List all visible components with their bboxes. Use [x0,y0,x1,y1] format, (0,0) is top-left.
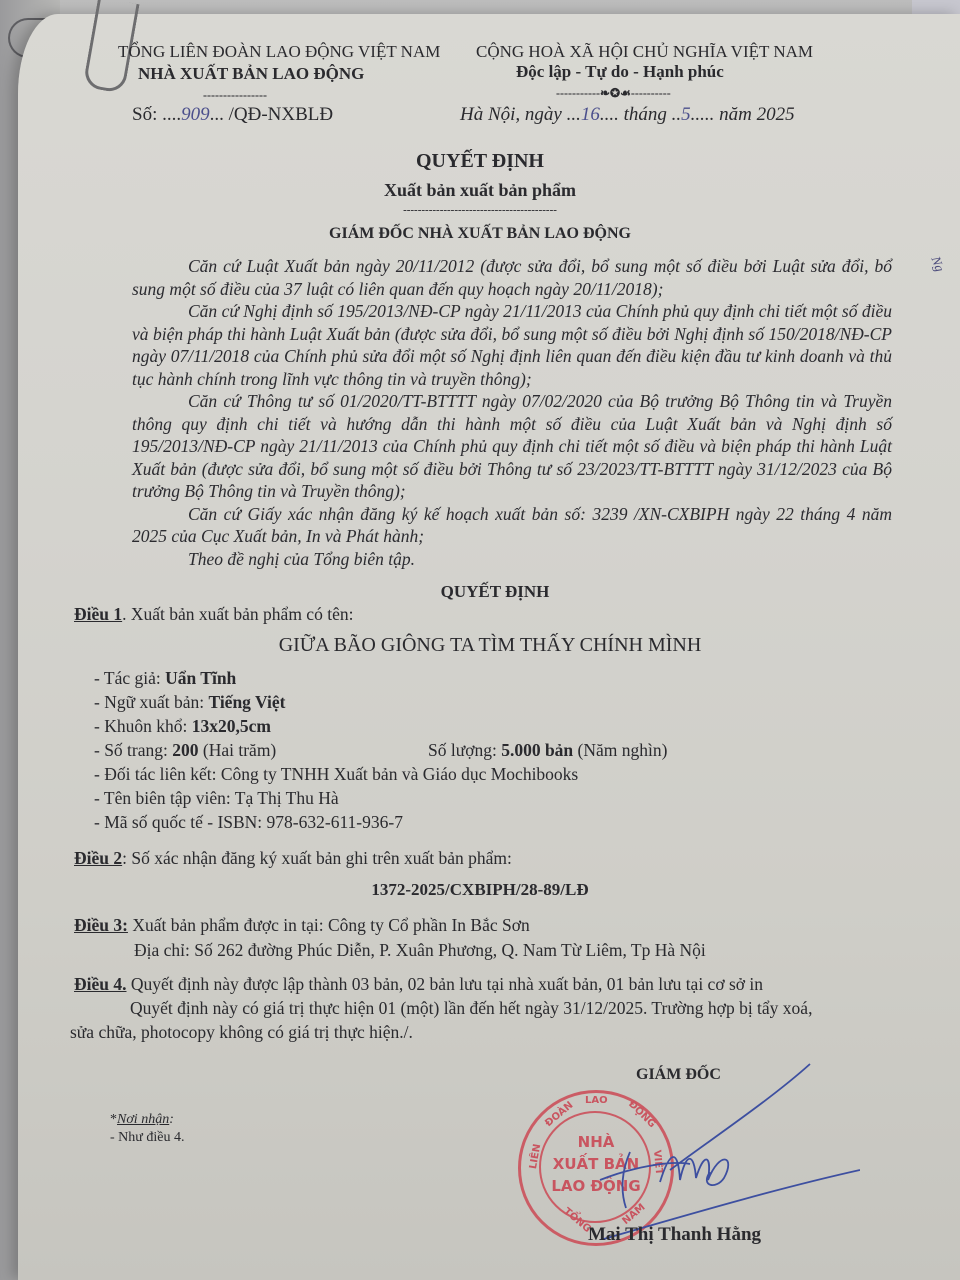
recipient-item: - Như điều 4. [110,1130,184,1146]
validity-line-1: Quyết định này có giá trị thực hiện 01 (… [130,998,812,1019]
document-title: QUYẾT ĐỊNH [0,150,960,173]
legal-basis: Căn cứ Luật Xuất bản ngày 20/11/2012 (đư… [132,255,892,570]
format-line: - Khuôn khổ: 13x20,5cm [94,716,271,737]
handwritten-signature [560,1060,860,1240]
handwritten-month: 5 [681,104,691,125]
recipients-heading: *Nơi nhận: [110,1112,174,1128]
publisher-name: NHÀ XUẤT BẢN LAO ĐỘNG [138,64,364,84]
article-2: Điều 2: Số xác nhận đăng ký xuất bản ghi… [74,848,512,869]
issuing-authority: GIÁM ĐỐC NHÀ XUẤT BẢN LAO ĐỘNG [0,225,960,243]
editor-line: - Tên biên tập viên: Tạ Thị Thu Hà [94,788,339,809]
book-title: GIỮA BÃO GIÔNG TA TÌM THẤY CHÍNH MÌNH [0,634,960,657]
left-divider: ---------------- [203,88,267,103]
decision-heading: QUYẾT ĐỊNH [0,582,960,602]
national-motto: Độc lập - Tự do - Hạnh phúc [516,62,724,82]
title-divider: ----------------------------------------… [0,204,960,216]
decision-number: Số: ....909... /QĐ-NXBLĐ [132,104,333,126]
article-4-label: Điều 4. [74,974,127,994]
printer-address: Địa chỉ: Số 262 đường Phúc Diễn, P. Xuân… [134,940,706,961]
document-subtitle: Xuất bản xuất bản phẩm [0,180,960,201]
article-1: Điều 1. Xuất bản xuất bản phẩm có tên: [74,604,353,625]
legal-basis-item: Theo đề nghị của Tổng biên tập. [132,548,892,571]
isbn-line: - Mã số quốc tế - ISBN: 978-632-611-936-… [94,812,403,833]
article-3: Điều 3: Xuất bản phẩm được in tại: Công … [74,915,530,936]
article-4: Điều 4. Quyết định này được lập thành 03… [74,974,763,995]
legal-basis-item: Căn cứ Thông tư số 01/2020/TT-BTTTT ngày… [132,390,892,503]
org-parent-name: TỔNG LIÊN ĐOÀN LAO ĐỘNG VIỆT NAM [118,42,440,62]
validity-line-2: sửa chữa, photocopy không có giá trị thự… [70,1022,413,1043]
article-2-label: Điều 2 [74,848,122,868]
legal-basis-item: Căn cứ Luật Xuất bản ngày 20/11/2012 (đư… [132,255,892,300]
quantity-line: Số lượng: 5.000 bản (Năm nghìn) [428,740,667,761]
registration-number: 1372-2025/CXBIPH/28-89/LĐ [0,880,960,900]
legal-basis-item: Căn cứ Nghị định số 195/2013/NĐ-CP ngày … [132,300,892,390]
author-name: Uẩn Tĩnh [165,668,236,688]
legal-basis-item: Căn cứ Giấy xác nhận đăng ký kế hoạch xu… [132,503,892,548]
issue-date: Hà Nội, ngày ...16.... tháng ..5..... nă… [460,104,795,126]
article-1-label: Điều 1 [74,604,122,624]
author-line: - Tác giả: Uẩn Tĩnh [94,668,236,689]
language-line: - Ngữ xuất bản: Tiếng Việt [94,692,285,713]
partner-line: - Đối tác liên kết: Công ty TNHH Xuất bả… [94,764,578,785]
pages-line: - Số trang: 200 (Hai trăm) [94,740,276,761]
handwritten-number: 909 [181,104,210,125]
handwritten-day: 16 [581,104,600,125]
right-divider: -----------❧✪☙---------- [556,86,671,101]
signer-name: Mai Thị Thanh Hằng [588,1224,761,1246]
article-3-label: Điều 3: [74,915,128,935]
country-name: CỘNG HOÀ XÃ HỘI CHỦ NGHĨA VIỆT NAM [476,42,813,62]
